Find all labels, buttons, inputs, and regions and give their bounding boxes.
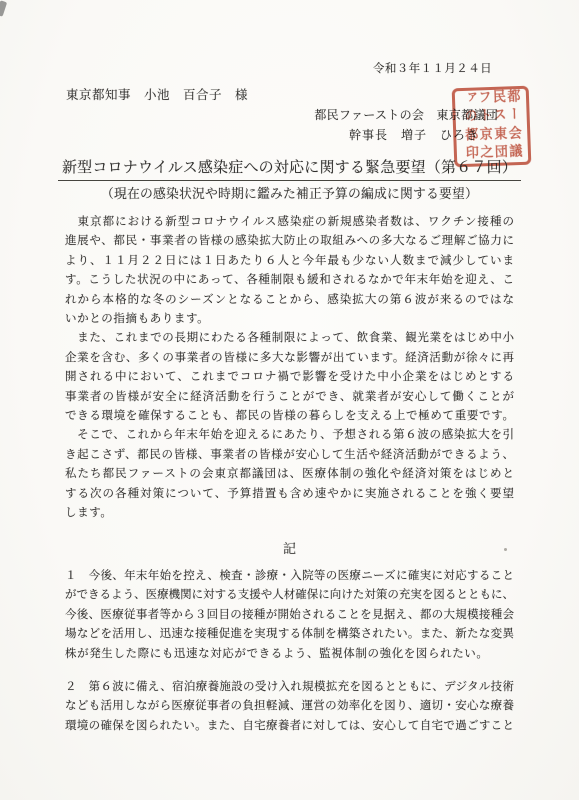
body-line: します。 xyxy=(65,504,514,523)
ki-marker: 記 xyxy=(65,539,514,558)
body-line: 事業者の皆様が安全に経済活動を行うことができ、就業者が安心して働くことが xyxy=(65,388,514,407)
body-line: より、１１月２２日には１日あたり６人と今年最も少ない人数まで減少していま xyxy=(65,252,514,271)
scanned-document-page: 令和３年１１月２４日 東京都知事 小池 百合子 様 都民ファーストの会 東京都議… xyxy=(0,0,579,800)
body-line: 東京都における新型コロナウイルス感染症の新規感染者数は、ワクチン接種の xyxy=(65,213,514,232)
body-line: ２ 第６波に備え、宿泊療養施設の受け入れ規模拡充を図るとともに、デジタル技術 xyxy=(65,678,514,697)
document-title: 新型コロナウイルス感染症への対応に関する緊急要望（第６７回） xyxy=(58,156,521,181)
document-date: 令和３年１１月２４日 xyxy=(373,60,492,76)
body-line: 企業を含む、多くの事業者の皆様に多大な影響が出ています。経済活動が徐々に再 xyxy=(65,349,514,368)
body-line: 株が発生した際にも迅速な対応ができるよう、監視体制の強化を図られたい。 xyxy=(65,645,514,664)
document-title-row: 新型コロナウイルス感染症への対応に関する緊急要望（第６７回） xyxy=(0,156,579,181)
body-line: なども活用しながら医療従事者の負担軽減、運営の効率化を図り、適切・安心な療養 xyxy=(65,697,514,716)
numbered-item-1: １ 今後、年末年始を控え、検査・診療・入院等の医療ニーズに確実に対応すること が… xyxy=(65,567,514,664)
document-subtitle: （現在の感染状況や時期に鑑みた補正予算の編成に関する要望） xyxy=(0,183,579,202)
body-line: 今後、医療従事者等から３回目の接種が開始されることを見据え、都の大規模接種会 xyxy=(65,606,514,625)
scan-corner-artifact xyxy=(0,0,7,16)
body-line: 進展や、都民・事業者の皆様の感染拡大防止の取組みへの多大なるご理解ご協力に xyxy=(65,232,514,251)
body-line: １ 今後、年末年始を控え、検査・診療・入院等の医療ニーズに確実に対応すること xyxy=(65,567,514,586)
paragraph-2: また、これまでの長期にわたる各種制限によって、飲食業、観光業をはじめ中小 企業を… xyxy=(65,329,514,426)
body-line: き起こさず、都民の皆様、事業者の皆様が安心して生活や経済活動ができるよう、 xyxy=(65,446,514,465)
document-body: 東京都における新型コロナウイルス感染症の新規感染者数は、ワクチン接種の 進展や、… xyxy=(65,213,514,736)
paragraph-3: そこで、これから年末年始を迎えるにあたり、予想される第６波の感染拡大を引 き起こ… xyxy=(65,426,514,523)
body-line: す。こうした状況の中にあって、各種制限も緩和されるなかで年末年始を迎え、こ xyxy=(65,271,514,290)
body-line: そこで、これから年末年始を迎えるにあたり、予想される第６波の感染拡大を引 xyxy=(65,426,514,445)
body-line: する次の各種対策について、予算措置も含め速やかに実施されることを強く要望 xyxy=(65,485,514,504)
body-line: いかとの指摘もあります。 xyxy=(65,310,514,329)
body-line: 開される中において、これまでコロナ禍で影響を受けた中小企業をはじめとする xyxy=(65,368,514,387)
body-line: ができるよう、医療機関に対する支援や人材確保に向けた対策の充実を図るとともに、 xyxy=(65,586,514,605)
body-line: 私たち都民ファーストの会東京都議団は、医療体制の強化や経済対策をはじめと xyxy=(65,465,514,484)
body-line: 環境の確保を図られたい。また、自宅療養者に対しては、安心して自宅で過ごすこと xyxy=(65,717,514,736)
addressee-line: 東京都知事 小池 百合子 様 xyxy=(66,85,248,103)
body-line: また、これまでの長期にわたる各種制限によって、飲食業、観光業をはじめ中小 xyxy=(65,329,514,348)
body-line: 場などを活用し、迅速な接種促進を実現する体制を構築されたい。また、新たな変異 xyxy=(65,625,514,644)
body-line: れから本格的な冬のシーズンとなることから、感染拡大の第６波が来るのではな xyxy=(65,291,514,310)
body-line: できる環境を確保することも、都民の皆様の暮らしを支える上で極めて重要です。 xyxy=(65,407,514,426)
numbered-item-2: ２ 第６波に備え、宿泊療養施設の受け入れ規模拡充を図るとともに、デジタル技術 な… xyxy=(65,678,514,736)
paragraph-1: 東京都における新型コロナウイルス感染症の新規感染者数は、ワクチン接種の 進展や、… xyxy=(65,213,514,329)
